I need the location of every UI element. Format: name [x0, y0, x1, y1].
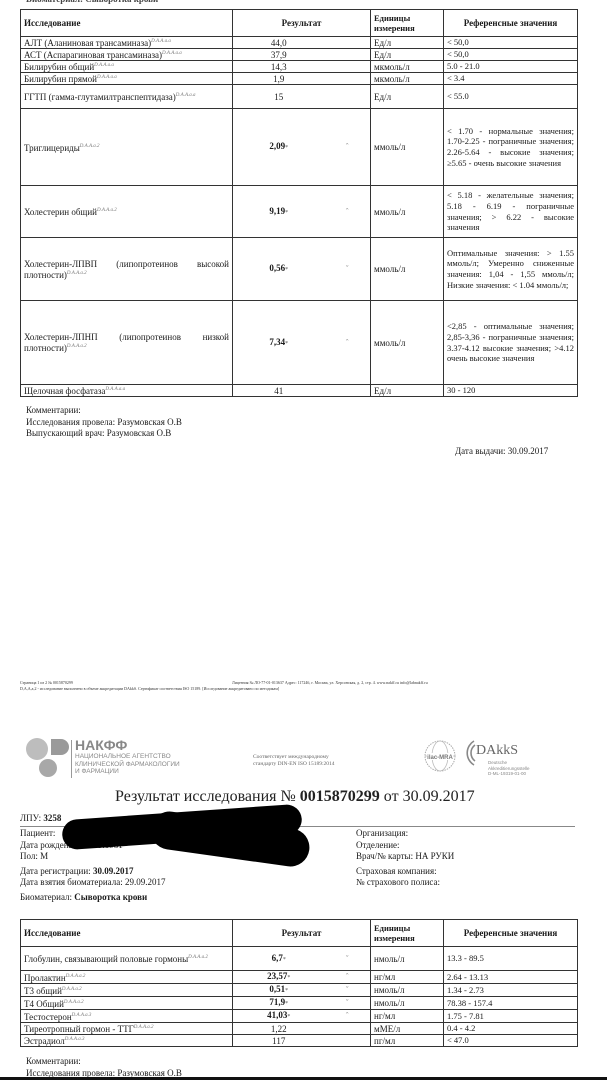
result-value: 2,09* [233, 109, 325, 186]
unit: нмоль/л [371, 984, 444, 997]
flag-empty [325, 1023, 371, 1035]
results-table-page2: Исследование Результат Единицы измерения… [20, 919, 578, 1047]
header-units: Единицы измерения [371, 10, 444, 37]
table-row: ТриглицеридыD.A.A.a.22,09*ˆммоль/л< 1.70… [21, 109, 578, 186]
accreditation-mark: D.A.A.a.a [162, 51, 182, 56]
accreditation-mark: D.A.A.a.a [97, 75, 117, 80]
abnormal-mark-icon: * [285, 341, 288, 347]
unit: ммоль/л [371, 238, 444, 301]
abnormal-mark-icon: * [285, 210, 288, 216]
table-row: Билирубин общийD.A.A.a.a14,3мкмоль/л5.0 … [21, 61, 578, 73]
reference-range: < 47.0 [444, 1035, 578, 1047]
test-name: Билирубин прямойD.A.A.a.a [21, 73, 233, 85]
result-value: 9,19* [233, 186, 325, 238]
comments-label-page2: Комментарии: [26, 1056, 182, 1068]
abnormal-mark-icon: * [285, 267, 288, 273]
reference-range: < 5.18 - желательные значения; 5.18 - 6.… [444, 186, 578, 238]
test-name: Холестерин-ЛПВП (липопротеинов высокой п… [21, 238, 233, 301]
arrow-down-icon: ˇ [325, 238, 371, 301]
arrow-down-icon: ˇ [325, 984, 371, 997]
reference-range: < 3.4 [444, 73, 578, 85]
result-value: 1,22 [233, 1023, 325, 1035]
abnormal-mark-icon: * [285, 988, 288, 994]
logo-subtitle-1: НАЦИОНАЛЬНОЕ АГЕНТСТВО [75, 753, 180, 761]
registration-date: Дата регистрации: 30.09.2017 [20, 866, 165, 878]
insurance-company: Страховая компания: [356, 866, 454, 878]
flag-empty [325, 37, 371, 49]
logo-shapes-icon [24, 735, 72, 779]
result-value: 14,3 [233, 61, 325, 73]
arrow-up-icon: ˆ [325, 186, 371, 238]
table-row: ГГТП (гамма-глутамилтранспептидаза)D.A.A… [21, 85, 578, 109]
abnormal-mark-icon: * [287, 975, 290, 981]
nakff-logo [24, 735, 72, 779]
footer-accreditation-note: D,A,A,a,2 - исследование выполнено в объ… [20, 686, 279, 692]
unit: Ед/л [371, 37, 444, 49]
flag-empty [325, 61, 371, 73]
accreditation-mark: D.A.A.a.a [176, 93, 196, 98]
table-row: Тиреотропный гормон - ТТГD.A.A.a.21,22мМ… [21, 1023, 578, 1035]
reference-range: Оптимальные значения: > 1.55 ммоль/л; Ум… [444, 238, 578, 301]
reference-range: 78.38 - 157.4 [444, 997, 578, 1010]
result-value: 1,9 [233, 73, 325, 85]
table-row: Щелочная фосфатазаD.A.A.a.a41Ед/л30 - 12… [21, 385, 578, 397]
result-value: 117 [233, 1035, 325, 1047]
result-value: 23,57* [233, 971, 325, 984]
logo-title: НАКФФ [75, 737, 180, 753]
flag-empty [325, 85, 371, 109]
test-name: АСТ (Аспарагиновая трансаминаза)D.A.A.a.… [21, 49, 233, 61]
accreditation-mark: D.A.A.a.a [151, 39, 171, 44]
unit: мкмоль/л [371, 61, 444, 73]
conducted-by: Исследования провела: Разумовская О.В [26, 417, 182, 429]
accreditation-mark: D.A.A.a.2 [67, 271, 87, 276]
flag-empty [325, 1035, 371, 1047]
result-value: 41 [233, 385, 325, 397]
unit: ммоль/л [371, 109, 444, 186]
accreditation-mark: D.A.A.a.2 [62, 987, 82, 992]
test-name: ТестостеронD.A.A.a.3 [21, 1010, 233, 1023]
header-reference: Референсные значения [444, 10, 578, 37]
test-name: Щелочная фосфатазаD.A.A.a.a [21, 385, 233, 397]
unit: мМЕ/л [371, 1023, 444, 1035]
header-result: Результат [233, 10, 371, 37]
header-result: Результат [233, 920, 371, 947]
result-value: 0,51* [233, 984, 325, 997]
logo-subtitle-3: И ФАРМАЦИИ [75, 768, 180, 776]
arrow-up-icon: ˆ [325, 971, 371, 984]
table-row: Билирубин прямойD.A.A.a.a1,9мкмоль/л< 3.… [21, 73, 578, 85]
cert-text-1: Соответствует международному [253, 754, 335, 761]
document-title: Результат исследования № 0015870299 от 3… [115, 788, 475, 806]
test-name: Холестерин общийD.A.A.a.2 [21, 186, 233, 238]
issuing-doctor: Выпускающий врач: Разумовская О.В [26, 428, 182, 440]
test-name: АЛТ (Аланиновая трансаминаза)D.A.A.a.a [21, 37, 233, 49]
reference-range: 2.64 - 13.13 [444, 971, 578, 984]
unit: Ед/л [371, 49, 444, 61]
arrow-up-icon: ˆ [325, 109, 371, 186]
test-name: ЭстрадиолD.A.A.a.3 [21, 1035, 233, 1047]
unit: нг/мл [371, 971, 444, 984]
accreditation-mark: D.A.A.a.2 [67, 344, 87, 349]
result-value: 71,9* [233, 997, 325, 1010]
result-value: 44,0 [233, 37, 325, 49]
sex: Пол: М [20, 851, 165, 863]
insurance-policy: № страхового полиса: [356, 877, 454, 889]
abnormal-mark-icon: * [285, 1001, 288, 1007]
dakks-line-3: D-ML-19319-01-00 [488, 771, 530, 777]
biomaterial: Биоматериал: Сыворотка крови [20, 892, 165, 904]
table-row: ТестостеронD.A.A.a.341,03*ˆнг/мл1.75 - 7… [21, 1010, 578, 1023]
sample-date: Дата взятия биоматериала: 29.09.2017 [20, 877, 165, 889]
flag-empty [325, 49, 371, 61]
table-row: Т4 ОбщийD.A.A.a.271,9*ˇнмоль/л78.38 - 15… [21, 997, 578, 1010]
table-row: Глобулин, связывающий половые гормоныD.A… [21, 947, 578, 971]
test-name: ПролактинD.A.A.a.2 [21, 971, 233, 984]
table-row: Холестерин-ЛПНП (липопротеинов низкой пл… [21, 301, 578, 385]
reference-range: 5.0 - 21.0 [444, 61, 578, 73]
table-row: Холестерин-ЛПВП (липопротеинов высокой п… [21, 238, 578, 301]
unit: мкмоль/л [371, 73, 444, 85]
comments-label: Комментарии: [26, 405, 182, 417]
logo-subtitle-2: КЛИНИЧЕСКОЙ ФАРМАКОЛОГИИ [75, 761, 180, 769]
abnormal-mark-icon: * [287, 1014, 290, 1020]
table-row: ЭстрадиолD.A.A.a.3117пг/мл< 47.0 [21, 1035, 578, 1047]
reference-range: 30 - 120 [444, 385, 578, 397]
accreditation-mark: D.A.A.a.2 [134, 1025, 154, 1030]
issue-date: Дата выдачи: 30.09.2017 [455, 446, 548, 458]
unit: нг/мл [371, 1010, 444, 1023]
reference-range: 13.3 - 89.5 [444, 947, 578, 971]
test-name: Т4 ОбщийD.A.A.a.2 [21, 997, 233, 1010]
dakks-arcs-icon [460, 740, 476, 766]
unit: пг/мл [371, 1035, 444, 1047]
dakks-title: DAkkS [476, 743, 518, 759]
flag-empty [325, 385, 371, 397]
result-value: 37,9 [233, 49, 325, 61]
test-name: ТриглицеридыD.A.A.a.2 [21, 109, 233, 186]
ilac-globe-icon: ilac-MRA [424, 740, 456, 772]
reference-range: 1.75 - 7.81 [444, 1010, 578, 1023]
arrow-up-icon: ˆ [325, 1010, 371, 1023]
accreditation-mark: D.A.A.a.2 [64, 1000, 84, 1005]
result-value: 41,03* [233, 1010, 325, 1023]
lpu-line: ЛПУ: 3258 [20, 813, 61, 825]
table-row: Холестерин общийD.A.A.a.29,19*ˆммоль/л< … [21, 186, 578, 238]
department: Отделение: [356, 840, 454, 852]
result-value: 15 [233, 85, 325, 109]
abnormal-mark-icon: * [285, 145, 288, 151]
unit: ммоль/л [371, 186, 444, 238]
unit: нмоль/л [371, 947, 444, 971]
result-value: 7,34* [233, 301, 325, 385]
test-name: Билирубин общийD.A.A.a.a [21, 61, 233, 73]
accreditation-mark: D.A.A.a.3 [72, 1013, 92, 1018]
biomaterial-header-cut: Биоматериал: Сыворотка крови [26, 0, 158, 4]
reference-range: 0.4 - 4.2 [444, 1023, 578, 1035]
reference-range: 1.34 - 2.73 [444, 984, 578, 997]
table-row: Т3 общийD.A.A.a.20,51*ˇнмоль/л1.34 - 2.7… [21, 984, 578, 997]
accreditation-mark: D.A.A.a.3 [65, 1037, 85, 1042]
reference-range: < 55.0 [444, 85, 578, 109]
flag-empty [325, 73, 371, 85]
svg-text:ilac-MRA: ilac-MRA [427, 755, 453, 761]
accreditation-mark: D.A.A.a.2 [66, 974, 86, 979]
accreditation-mark: D.A.A.a.2 [97, 208, 117, 213]
organization: Организация: [356, 828, 454, 840]
accreditation-mark: D.A.A.a.a [94, 63, 114, 68]
table-row: ПролактинD.A.A.a.223,57*ˆнг/мл2.64 - 13.… [21, 971, 578, 984]
arrow-down-icon: ˇ [325, 947, 371, 971]
abnormal-mark-icon: * [283, 957, 286, 963]
unit: нмоль/л [371, 997, 444, 1010]
ilac-mra-logo: ilac-MRA [424, 740, 456, 772]
reference-range: < 50,0 [444, 37, 578, 49]
reference-range: < 50,0 [444, 49, 578, 61]
reference-range: <2,85 - оптимальные значения; 2,85-3,36 … [444, 301, 578, 385]
unit: ммоль/л [371, 301, 444, 385]
test-name: Глобулин, связывающий половые гормоныD.A… [21, 947, 233, 971]
logo-divider [71, 740, 72, 778]
arrow-up-icon: ˆ [325, 301, 371, 385]
unit: Ед/л [371, 85, 444, 109]
dakks-logo: DAkkS Deutsche Akkreditierungsstelle D-M… [460, 740, 550, 778]
results-table-page1: Исследование Результат Единицы измерения… [20, 9, 578, 397]
accreditation-mark: D.A.A.a.2 [80, 144, 100, 149]
header-study: Исследование [21, 920, 233, 947]
unit: Ед/л [371, 385, 444, 397]
test-name: ГГТП (гамма-глутамилтранспептидаза)D.A.A… [21, 85, 233, 109]
header-units: Единицы измерения [371, 920, 444, 947]
accreditation-mark: D.A.A.a.a [105, 387, 125, 392]
test-name: Холестерин-ЛПНП (липопротеинов низкой пл… [21, 301, 233, 385]
test-name: Тиреотропный гормон - ТТГD.A.A.a.2 [21, 1023, 233, 1035]
arrow-down-icon: ˇ [325, 997, 371, 1010]
test-name: Т3 общийD.A.A.a.2 [21, 984, 233, 997]
result-value: 0,56* [233, 238, 325, 301]
header-study: Исследование [21, 10, 233, 37]
result-value: 6,7* [233, 947, 325, 971]
cert-text-2: стандарту DIN-EN ISO 15189:2014 [253, 761, 335, 768]
doctor-card: Врач/№ карты: НА РУКИ [356, 851, 454, 863]
table-row: АЛТ (Аланиновая трансаминаза)D.A.A.a.a44… [21, 37, 578, 49]
table-row: АСТ (Аспарагиновая трансаминаза)D.A.A.a.… [21, 49, 578, 61]
accreditation-mark: D.A.A.a.2 [188, 955, 208, 960]
reference-range: < 1.70 - нормальные значения; 1.70-2.25 … [444, 109, 578, 186]
header-reference: Референсные значения [444, 920, 578, 947]
document-number: 0015870299 [300, 788, 380, 805]
